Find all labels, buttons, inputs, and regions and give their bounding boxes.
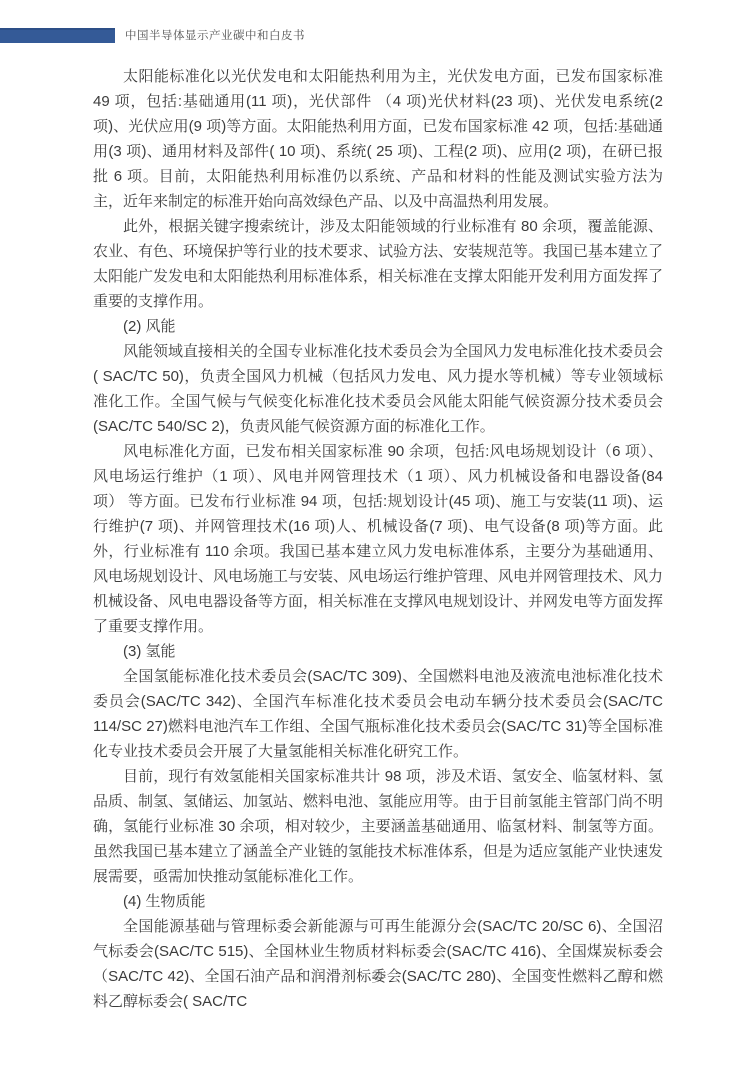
page-number: 21 <box>0 970 756 982</box>
section-heading: (3) 氢能 <box>93 639 663 664</box>
header-accent-bar <box>0 28 115 43</box>
document-header-title: 中国半导体显示产业碳中和白皮书 <box>125 29 305 43</box>
body-paragraph: 风能领域直接相关的全国专业标准化技术委员会为全国风力发电标准化技术委员会( SA… <box>93 339 663 439</box>
body-paragraph: 全国能源基础与管理标委会新能源与可再生能源分会(SAC/TC 20/SC 6)、… <box>93 914 663 1014</box>
section-heading: (4) 生物质能 <box>93 889 663 914</box>
body-paragraph: 全国氢能标准化技术委员会(SAC/TC 309)、全国燃料电池及液流电池标准化技… <box>93 664 663 764</box>
section-heading: (2) 风能 <box>93 314 663 339</box>
document-body: 太阳能标准化以光伏发电和太阳能热利用为主，光伏发电方面，已发布国家标准 49 项… <box>93 64 663 1014</box>
body-paragraph: 太阳能标准化以光伏发电和太阳能热利用为主，光伏发电方面，已发布国家标准 49 项… <box>93 64 663 214</box>
body-paragraph: 目前，现行有效氢能相关国家标准共计 98 项，涉及术语、氢安全、临氢材料、氢品质… <box>93 764 663 889</box>
body-paragraph: 此外，根据关键字搜索统计，涉及太阳能领域的行业标准有 80 余项，覆盖能源、农业… <box>93 214 663 314</box>
document-page: 中国半导体显示产业碳中和白皮书 太阳能标准化以光伏发电和太阳能热利用为主，光伏发… <box>0 0 756 1068</box>
body-paragraph: 风电标准化方面，已发布相关国家标准 90 余项，包括:风电场规划设计（6 项）、… <box>93 439 663 639</box>
